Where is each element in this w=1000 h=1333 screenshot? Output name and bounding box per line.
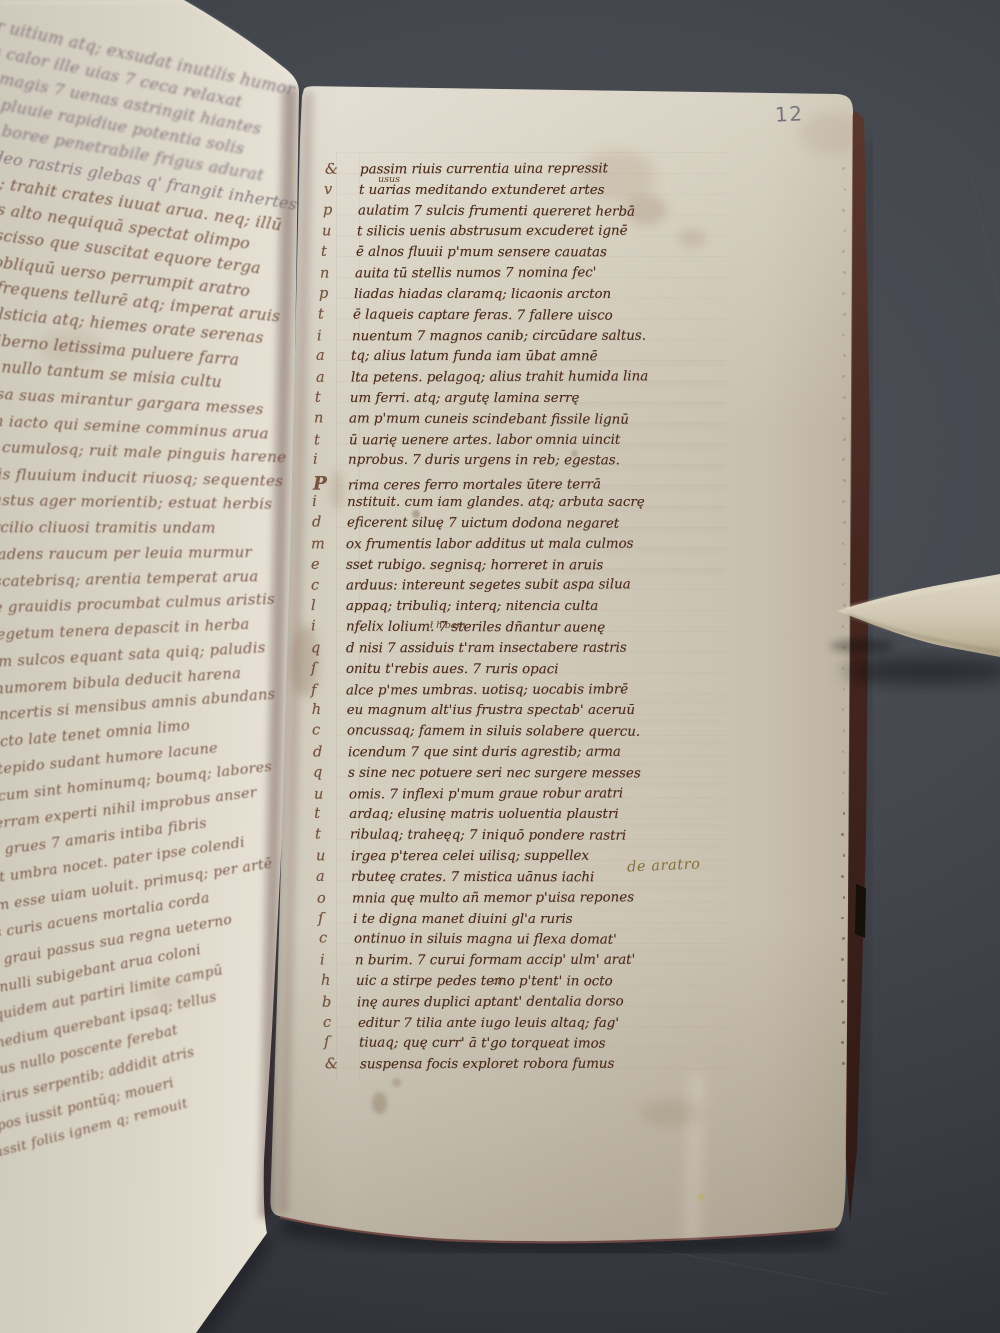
line-text: nuentum 7 magnos canib; circūdare saltus…: [352, 328, 646, 344]
versal-initial: ſ: [318, 911, 344, 927]
line-text: d nisi 7 assiduis t'ram insectabere rast…: [346, 641, 627, 657]
pricking-dot: [843, 688, 846, 691]
manuscript-line: paulatim 7 sulcis frumenti quereret herb…: [323, 202, 635, 219]
manuscript-line: lappaq; tribuliq; interq; nitencia culta: [311, 598, 598, 614]
manuscript-line: ut silicis uenis abstrusum excuderet ign…: [322, 223, 628, 240]
versal-initial: u: [314, 786, 340, 802]
pricking-dot: [842, 209, 845, 212]
line-text: mnia quę multo añ memor p'uisa repones: [352, 890, 634, 906]
pricking-dot: [843, 604, 846, 607]
manuscript-line: tē alnos fluuii p'mum sensere cauatas: [321, 244, 607, 261]
manuscript-line: instituit. cum iam glandes. atq; arbuta …: [312, 494, 645, 510]
pricking-dot: [843, 729, 846, 732]
pricking-dot: [842, 542, 845, 545]
versal-initial: &: [325, 161, 351, 177]
manuscript-line: mox frumentis labor additus ut mala culm…: [311, 535, 634, 552]
manuscript-line: tardaq; elusinę matris uoluentia plaustr…: [314, 806, 618, 822]
manuscript-line: esset rubigo. segnisq; horreret in aruis: [311, 556, 603, 573]
versal-initial: ſ: [324, 1035, 350, 1051]
line-text: n burim. 7 curui formam accip' ulm' arat…: [355, 953, 635, 969]
manuscript-line: tū uarię uenere artes. labor omnia uinci…: [314, 431, 620, 448]
manuscript-line: huic a stirpe pedes temo p'tent' in octo: [321, 973, 613, 990]
line-text: onitu t'rebis aues. 7 ruris opaci: [346, 661, 559, 676]
manuscript-line: qd nisi 7 assiduis t'ram insectabere ras…: [311, 640, 627, 657]
line-text: icendum 7 que sint duris agrestib; arma: [348, 745, 621, 761]
manuscript-line: &suspensa focis exploret robora fumus: [325, 1056, 614, 1073]
manuscript-photo: excoquitur uitium atq; exsudat inutilis …: [0, 0, 1000, 1333]
line-text: arduus: intereunt segetes subit aspa sil…: [346, 578, 631, 594]
interlinear-gloss: ł h'bam: [430, 620, 466, 631]
pricking-dot: [842, 250, 845, 253]
pricking-dot: [843, 771, 846, 774]
line-text: rima ceres ferro mortales ūtere terrā: [348, 478, 601, 494]
pricking-dot: [842, 375, 845, 378]
versal-initial: a: [316, 370, 342, 386]
fore-edge-tab: [855, 884, 866, 938]
manuscript-line: falce p'mes umbras. uotisq; uocabis imbr…: [311, 681, 628, 698]
manuscript-line: omnia quę multo añ memor p'uisa repones: [317, 889, 634, 906]
versal-initial: i: [312, 494, 338, 510]
pricking-dot: [842, 1062, 845, 1065]
versal-initial: q: [313, 764, 339, 780]
stain: [678, 228, 706, 248]
versal-initial: i: [313, 452, 339, 468]
versal-initial: d: [313, 744, 339, 760]
stain: [392, 1078, 401, 1087]
manuscript-line: qs sine nec potuere seri nec surgere mes…: [313, 764, 641, 781]
manuscript-line: ſonitu t'rebis aues. 7 ruris opaci: [311, 660, 559, 677]
pricking-dot: [843, 438, 846, 441]
line-text: nfelix lolium. 7 steriles dñantur auenę: [346, 620, 605, 636]
line-text: suspensa focis exploret robora fumus: [360, 1057, 614, 1073]
versal-initial: a: [316, 348, 342, 364]
manuscript-line: vt uarias meditando extunderet artes: [324, 182, 605, 198]
manuscript-line: tum ferri. atq; argutę lamina serrę: [315, 390, 580, 406]
versal-initial: t: [318, 306, 344, 322]
line-text: eu magnum alt'ius frustra spectab' aceru…: [347, 703, 635, 718]
pricking-dot: [842, 625, 845, 628]
manuscript-line: arbuteę crates. 7 mistica uānus iachi: [316, 869, 594, 886]
versal-initial: a: [316, 869, 342, 885]
line-text: auita tū stellis numos 7 nomina fec': [355, 266, 596, 282]
manuscript-line: uomis. 7 inflexi p'mum graue robur aratr…: [314, 785, 623, 802]
pricking-dot: [842, 417, 845, 420]
pricking-dot: [843, 479, 846, 482]
versal-initial: h: [312, 702, 338, 718]
line-text: s sine nec potuere seri nec surgere mess…: [348, 765, 641, 781]
pricking-dot: [842, 792, 845, 795]
manuscript-line: dicendum 7 que sint duris agrestib; arma: [313, 744, 621, 761]
pricking-dot: [844, 229, 847, 232]
versal-initial: i: [317, 328, 343, 344]
manuscript-line: continuo in siluis magna ui flexa domat': [319, 931, 617, 948]
line-text: ē laqueis captare feras. 7 fallere uisco: [353, 307, 613, 323]
pricking-dot: [843, 812, 846, 815]
pricking-dot: [843, 271, 846, 274]
pricking-dot: [843, 854, 846, 857]
manuscript-line: uirgea p'terea celei uilisq; suppellex: [316, 848, 589, 865]
versal-initial: c: [312, 722, 338, 738]
versal-initial: d: [312, 514, 338, 530]
pricking-dot: [842, 292, 845, 295]
line-text: nstituit. cum iam glandes. atq; arbuta s…: [347, 495, 645, 510]
line-text: irgea p'terea celei uilisq; suppellex: [351, 849, 589, 864]
versal-initial: t: [321, 244, 347, 260]
pricking-dot: [842, 1021, 845, 1024]
stain: [372, 1092, 387, 1114]
manuscript-line: ſtiuaq; quę curr' ā t'go torqueat imos: [324, 1035, 606, 1052]
manuscript-line: deficerent siluę 7 uictum dodona negaret: [312, 514, 619, 531]
pricking-dot: [842, 937, 845, 940]
versal-initial: c: [311, 578, 337, 594]
pricking-dot: [842, 979, 845, 982]
interlinear-gloss: usus: [378, 174, 400, 185]
line-text: ox frumentis labor additus ut mala culmo…: [346, 536, 634, 552]
versal-initial: t: [314, 806, 340, 822]
line-text: tiuaq; quę curr' ā t'go torqueat imos: [359, 1036, 606, 1052]
versal-initial: o: [317, 890, 343, 906]
line-text: editur 7 tilia ante iugo leuis altaq; fa…: [358, 1016, 619, 1031]
verso-line: quid qui ne grauidis procumbat culmus ar…: [0, 590, 275, 618]
line-text: sset rubigo. segnisq; horreret in aruis: [346, 557, 603, 573]
versal-initial: u: [316, 848, 342, 864]
versal-initial: p: [319, 286, 345, 302]
manuscript-line: tē laqueis captare feras. 7 fallere uisc…: [318, 306, 613, 323]
manuscript-line: concussaq; famem in siluis solabere quer…: [312, 722, 640, 739]
pricking-dot: [842, 667, 845, 670]
manuscript-line: alta petens. pelagoq; alius trahit humid…: [316, 368, 648, 385]
line-text: ontinuo in siluis magna ui flexa domat': [354, 932, 617, 948]
pricking-dot: [843, 896, 846, 899]
versal-initial: n: [320, 266, 346, 282]
pricking-dot: [844, 188, 847, 191]
line-text: eficerent siluę 7 uictum dodona negaret: [347, 515, 619, 531]
line-text: nprobus. 7 duris urgens in reb; egestas.: [348, 453, 620, 469]
manuscript-line: in burim. 7 curui formam accip' ulm' ara…: [320, 952, 635, 969]
verso-line: et cum exustus ager morientib; estuat he…: [0, 490, 272, 513]
pricking-dot: [842, 750, 845, 753]
pricking-dot: [843, 646, 846, 649]
line-text: omis. 7 inflexi p'mum graue robur aratri: [349, 786, 623, 802]
manuscript-line: inuentum 7 magnos canib; circūdare saltu…: [317, 327, 646, 344]
line-text: uic a stirpe pedes temo p'tent' in octo: [356, 974, 613, 990]
line-text: um ferri. atq; argutę lamina serrę: [350, 391, 580, 406]
pricking-dot: [842, 708, 845, 711]
interlinear-gloss: al': [492, 976, 503, 987]
verso-line: ecce supercilio cliuosi tramitis undam: [0, 518, 216, 537]
versal-initial: h: [321, 973, 347, 989]
pricking-dot: [842, 167, 845, 170]
manuscript-line: carduus: intereunt segetes subit aspa si…: [311, 577, 631, 594]
versal-initial: c: [319, 931, 345, 947]
line-text: ardaq; elusinę matris uoluentia plaustri: [349, 807, 618, 822]
manuscript-line: atq; alius latum funda iam ūbat amnē: [316, 348, 598, 365]
manuscript-line: inprobus. 7 duris urgens in reb; egestas…: [313, 452, 620, 469]
parchment-crease: [683, 1075, 706, 1243]
versal-initial: m: [311, 536, 337, 552]
versal-initial: ſ: [311, 660, 337, 676]
versal-initial: &: [325, 1056, 351, 1072]
manuscript-line: ſi te digna manet diuini gl'a ruris: [318, 911, 573, 927]
line-text: tq; alius latum funda iam ūbat amnē: [351, 349, 598, 365]
versal-initial: p: [323, 202, 349, 218]
folio-number: 12: [774, 101, 804, 126]
manuscript-line: binę aures duplici aptant' dentalia dors…: [322, 993, 624, 1010]
versal-initial: n: [314, 410, 340, 426]
versal-initial: b: [322, 994, 348, 1010]
pricking-dot: [842, 583, 845, 586]
stain: [800, 112, 862, 154]
line-text: ribulaq; traheęq; 7 iniquō pondere rastr…: [350, 828, 626, 844]
manuscript-line: nauita tū stellis numos 7 nomina fec': [320, 265, 597, 282]
line-text: aulatim 7 sulcis frumenti quereret herbā: [358, 203, 635, 219]
versal-initial: v: [324, 182, 350, 198]
line-text: t uarias meditando extunderet artes: [359, 183, 605, 198]
pricking-dot: [842, 334, 845, 337]
versal-initial: l: [311, 598, 337, 614]
line-text: lta petens. pelagoq; alius trahit humida…: [351, 369, 648, 385]
line-text: rbuteę crates. 7 mistica uānus iachi: [351, 870, 594, 886]
manuscript-line: pliadas hiadas claramq; licaonis arcton: [319, 286, 611, 302]
pricking-dot: [841, 875, 844, 878]
pricking-dot: [843, 521, 846, 524]
versal-initial: q: [311, 640, 337, 656]
versal-initial: i: [320, 952, 346, 968]
line-text: am p'mum cuneis scindebant fissile lignū: [349, 411, 629, 427]
manuscript-line: nam p'mum cuneis scindebant fissile lign…: [314, 410, 629, 427]
manuscript-line: heu magnum alt'ius frustra spectab' acer…: [312, 702, 635, 718]
versal-initial: P: [313, 474, 339, 495]
line-text: inę aures duplici aptant' dentalia dorso: [357, 994, 624, 1010]
pricking-dot: [843, 396, 846, 399]
pricking-dot: [841, 1041, 844, 1044]
pricking-dot: [841, 1000, 844, 1003]
manuscript-line: tribulaq; traheęq; 7 iniquō pondere rast…: [315, 827, 626, 844]
pricking-dot: [841, 958, 844, 961]
versal-initial: t: [315, 390, 341, 406]
verso-line: iactat 7 ipsa suas mirantur gargara mess…: [0, 380, 264, 418]
verso-line: deinde satis fluuium inducit riuosq; seq…: [0, 463, 284, 490]
versal-initial: u: [322, 224, 348, 240]
pricking-dot: [843, 354, 846, 357]
versal-initial: f: [311, 682, 337, 698]
verso-line: saxa ciet. scatebrisq; arentia temperat …: [0, 567, 259, 592]
manuscript-line: Prima ceres ferro mortales ūtere terrā: [313, 473, 601, 495]
manuscript-line: ceditur 7 tilia ante iugo leuis altaq; f…: [323, 1015, 619, 1031]
marginal-note: de aratro: [627, 856, 701, 875]
versal-initial: c: [323, 1015, 349, 1031]
versal-initial: e: [311, 556, 337, 572]
verso-line: elicit illa cadens raucum per leuia murm…: [0, 543, 252, 564]
pricking-dot: [842, 500, 845, 503]
line-text: appaq; tribuliq; interq; nitencia culta: [346, 599, 598, 614]
line-text: i te digna manet diuini gl'a ruris: [353, 912, 573, 927]
pricking-dot: [843, 313, 846, 316]
line-text: liadas hiadas claramq; licaonis arcton: [354, 287, 611, 302]
line-text: oncussaq; famem in siluis solabere querc…: [347, 724, 640, 740]
line-text: t silicis uenis abstrusum excuderet ignē: [357, 224, 628, 240]
pricking-dot: [841, 917, 844, 920]
line-text: ū uarię uenere artes. labor omnia uincit: [349, 432, 620, 448]
manuscript-line: &passim riuis currentia uina repressit: [325, 160, 608, 177]
line-text: ē alnos fluuii p'mum sensere cauatas: [356, 245, 607, 261]
versal-initial: t: [315, 827, 341, 843]
line-text: alce p'mes umbras. uotisq; uocabis imbrē: [346, 682, 628, 698]
pricking-dot: [842, 458, 845, 461]
pricking-dot: [841, 833, 844, 836]
versal-initial: t: [314, 432, 340, 448]
pricking-dot: [843, 563, 846, 566]
versal-initial: i: [311, 618, 337, 634]
